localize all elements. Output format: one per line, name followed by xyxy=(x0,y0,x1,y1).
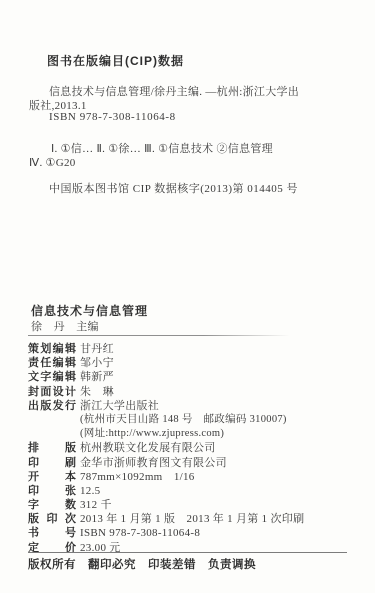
colophon-row-printing: 印刷 金华市浙师教育图文有限公司 xyxy=(28,454,358,468)
colophon-row-price: 定价 23.00 元 xyxy=(28,539,358,553)
publisher-website: (网址:http://www.zjupress.com) xyxy=(28,425,358,439)
divider-top xyxy=(28,335,347,336)
cip-classification-line1: Ⅰ. ①信… Ⅱ. ①徐… Ⅲ. ①信息技术 ②信息管理 xyxy=(51,142,273,156)
colophon-row-responsible-editor: 责任编辑 邹小宁 xyxy=(28,354,358,368)
colophon-row-text-editor: 文字编辑 韩新严 xyxy=(28,368,358,382)
colophon-row-publisher: 出版发行 浙江大学出版社 xyxy=(28,397,358,411)
colophon-value: 787mm×1092mm 1/16 xyxy=(80,468,195,484)
colophon-value: ISBN 978-7-308-11064-8 xyxy=(80,527,200,539)
copyright-notice: 版权所有 翻印必究 印装差错 负责调换 xyxy=(28,558,256,572)
colophon-row-edition: 版印次 2013 年 1 月第 1 版 2013 年 1 月第 1 次印刷 xyxy=(28,510,358,524)
colophon-value: 12.5 xyxy=(80,485,100,497)
colophon-row-isbn: 书号 ISBN 978-7-308-11064-8 xyxy=(28,524,358,538)
colophon-row-wordcount: 字数 312 千 xyxy=(28,496,358,510)
book-copyright-page: 图书在版编目(CIP)数据 信息技术与信息管理/徐丹主编. —杭州:浙江大学出 … xyxy=(0,0,375,593)
colophon-label: 出版发行 xyxy=(28,397,76,413)
cip-record-number: 中国版本图书馆 CIP 数据核字(2013)第 014405 号 xyxy=(49,182,298,196)
colophon: 策划编辑 甘丹红 责任编辑 邹小宁 文字编辑 韩新严 封面设计 朱 琳 出版发行… xyxy=(28,340,358,553)
publisher-address: (杭州市天目山路 148 号 邮政编码 310007) xyxy=(28,411,358,425)
divider-bottom xyxy=(28,552,347,553)
cip-heading: 图书在版编目(CIP)数据 xyxy=(47,54,184,68)
colophon-value: 2013 年 1 月第 1 版 2013 年 1 月第 1 次印刷 xyxy=(80,510,304,526)
book-title: 信息技术与信息管理 xyxy=(31,304,148,318)
colophon-row-cover-design: 封面设计 朱 琳 xyxy=(28,383,358,397)
cip-classification-line2: Ⅳ. ①G20 xyxy=(29,156,76,170)
cip-isbn-line: ISBN 978-7-308-11064-8 xyxy=(49,110,176,124)
colophon-row-typesetting: 排版 杭州教联文化发展有限公司 xyxy=(28,439,358,453)
colophon-row-format: 开本 787mm×1092mm 1/16 xyxy=(28,468,358,482)
colophon-row-planning-editor: 策划编辑 甘丹红 xyxy=(28,340,358,354)
book-editor: 徐 丹 主编 xyxy=(31,320,99,334)
cip-entry-line1: 信息技术与信息管理/徐丹主编. —杭州:浙江大学出 xyxy=(49,85,299,99)
colophon-row-sheets: 印张 12.5 xyxy=(28,482,358,496)
